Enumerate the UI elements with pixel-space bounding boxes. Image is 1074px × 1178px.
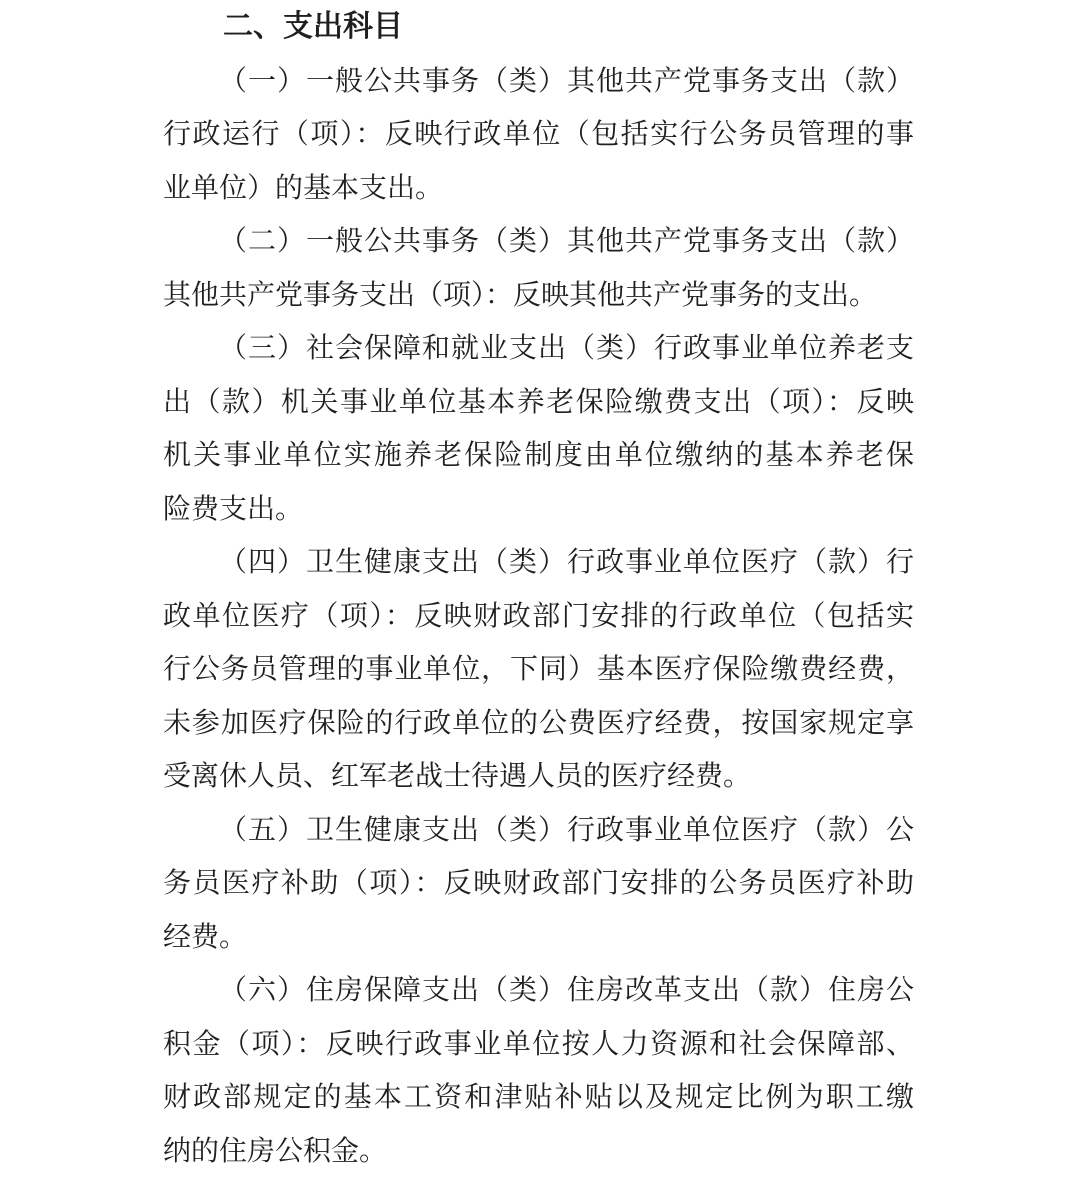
- text-line: （二）一般公共事务（类）其他共产党事务支出（款）: [163, 214, 914, 268]
- paragraph-2: （二）一般公共事务（类）其他共产党事务支出（款） 其他共产党事务支出（项）：反映…: [163, 214, 914, 321]
- text-line: 财政部规定的基本工资和津贴补贴以及规定比例为职工缴: [163, 1070, 914, 1124]
- text-line: 纳的住房公积金。: [163, 1124, 914, 1178]
- text-line: （一）一般公共事务（类）其他共产党事务支出（款）: [163, 54, 914, 108]
- text-line: 受离休人员、红军老战士待遇人员的医疗经费。: [163, 749, 914, 803]
- text-line: （三）社会保障和就业支出（类）行政事业单位养老支: [163, 321, 914, 375]
- paragraph-6: （六）住房保障支出（类）住房改革支出（款）住房公 积金（项）：反映行政事业单位按…: [163, 963, 914, 1177]
- paragraph-4: （四）卫生健康支出（类）行政事业单位医疗（款）行 政单位医疗（项）：反映财政部门…: [163, 535, 914, 803]
- text-line: （六）住房保障支出（类）住房改革支出（款）住房公: [163, 963, 914, 1017]
- text-line: 经费。: [163, 910, 914, 964]
- section-heading: 二、支出科目: [163, 0, 914, 54]
- text-line: 务员医疗补助（项）：反映财政部门安排的公务员医疗补助: [163, 856, 914, 910]
- text-line: 行政运行（项）：反映行政单位（包括实行公务员管理的事: [163, 107, 914, 161]
- text-line: 未参加医疗保险的行政单位的公费医疗经费，按国家规定享: [163, 696, 914, 750]
- paragraph-3: （三）社会保障和就业支出（类）行政事业单位养老支 出（款）机关事业单位基本养老保…: [163, 321, 914, 535]
- text-line: 险费支出。: [163, 482, 914, 536]
- document-page: 二、支出科目 （一）一般公共事务（类）其他共产党事务支出（款） 行政运行（项）：…: [0, 0, 1074, 1178]
- text-line: （五）卫生健康支出（类）行政事业单位医疗（款）公: [163, 803, 914, 857]
- text-line: 积金（项）：反映行政事业单位按人力资源和社会保障部、: [163, 1017, 914, 1071]
- text-line: 行公务员管理的事业单位，下同）基本医疗保险缴费经费，: [163, 642, 914, 696]
- text-line: 政单位医疗（项）：反映财政部门安排的行政单位（包括实: [163, 589, 914, 643]
- text-line: 业单位）的基本支出。: [163, 161, 914, 215]
- text-line: 其他共产党事务支出（项）：反映其他共产党事务的支出。: [163, 268, 914, 322]
- text-line: 机关事业单位实施养老保险制度由单位缴纳的基本养老保: [163, 428, 914, 482]
- text-line: 出（款）机关事业单位基本养老保险缴费支出（项）：反映: [163, 375, 914, 429]
- text-line: （四）卫生健康支出（类）行政事业单位医疗（款）行: [163, 535, 914, 589]
- paragraph-1: （一）一般公共事务（类）其他共产党事务支出（款） 行政运行（项）：反映行政单位（…: [163, 54, 914, 215]
- paragraph-5: （五）卫生健康支出（类）行政事业单位医疗（款）公 务员医疗补助（项）：反映财政部…: [163, 803, 914, 964]
